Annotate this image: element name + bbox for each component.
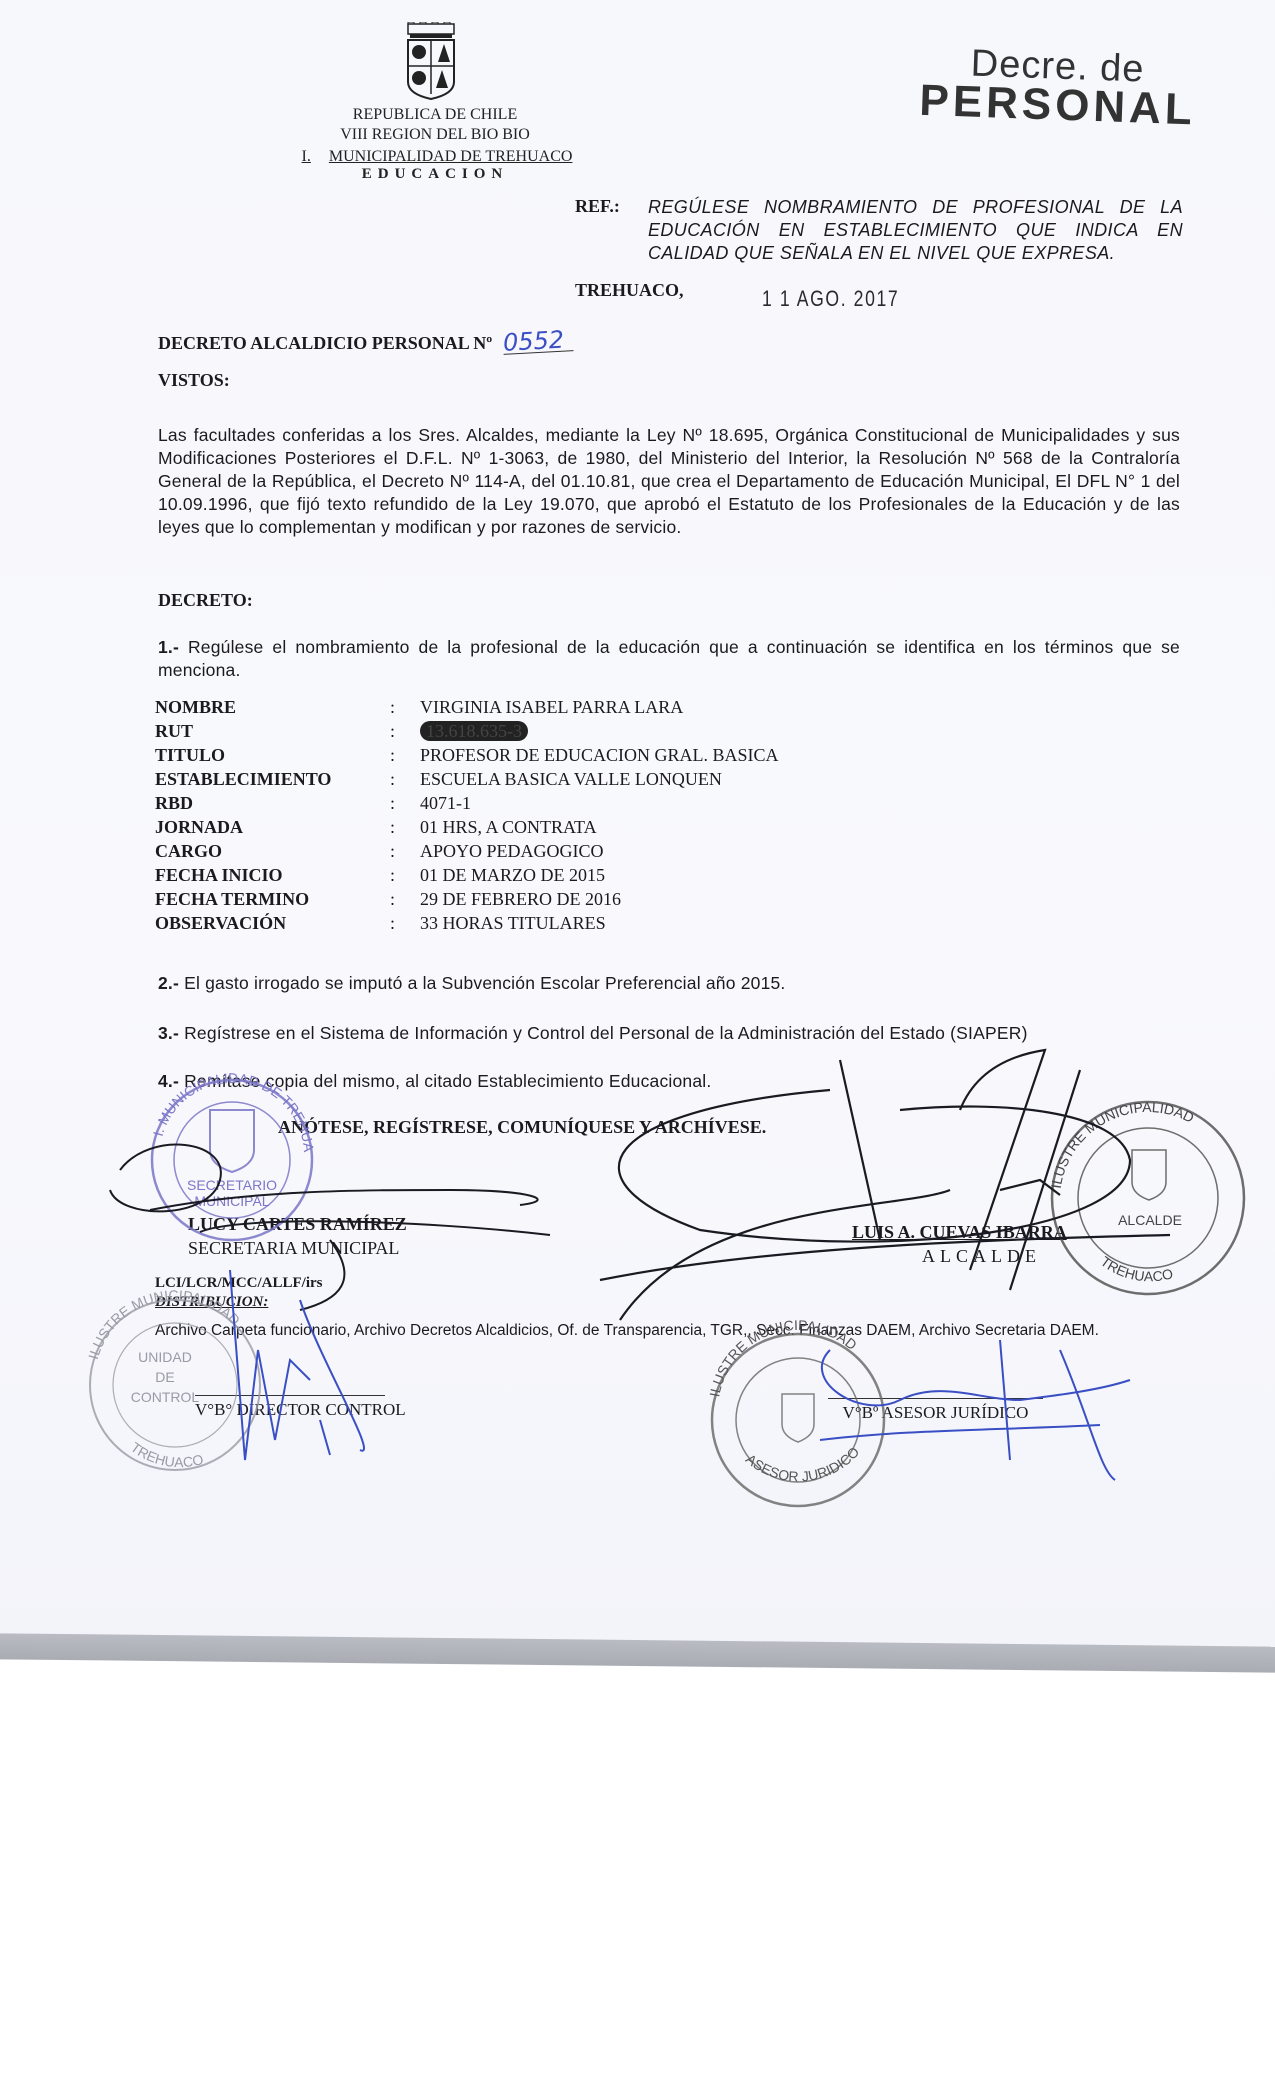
decreto-heading: DECRETO:	[158, 590, 253, 611]
decree-item-2: 2.- El gasto irrogado se imputó a la Sub…	[158, 972, 1180, 995]
approval-director-control: V°B° DIRECTOR CONTROL	[195, 1395, 385, 1420]
stamp-line-2: PERSONAL	[919, 76, 1221, 136]
secretary-name: LUCY CARTES RAMÍREZ	[188, 1214, 407, 1235]
header-municipality: I.MUNICIPALIDAD DE TREHUACO	[282, 148, 592, 166]
field-separator: :	[390, 817, 420, 838]
decree-item-number: 3.-	[158, 1023, 179, 1043]
author-initials: LCI/LCR/MCC/ALLF/irs	[155, 1275, 323, 1292]
decree-item-number: 1.-	[158, 637, 179, 657]
field-value: 29 DE FEBRERO DE 2016	[420, 889, 855, 910]
header-region: VIII REGION DEL BIO BIO	[300, 126, 570, 144]
decree-item-text: Regístrese en el Sistema de Información …	[184, 1023, 1028, 1043]
header-republic: REPUBLICA DE CHILE	[300, 106, 570, 124]
field-separator: :	[390, 913, 420, 934]
field-row-rut: RUT:13.618.635-3	[155, 719, 855, 743]
field-separator: :	[390, 841, 420, 862]
decree-item-text: Remítase copia del mismo, al citado Esta…	[184, 1071, 711, 1091]
mayor-name: LUIS A. CUEVAS IBARRA	[852, 1222, 1067, 1243]
closing-formula: ANÓTESE, REGÍSTRESE, COMUNÍQUESE Y ARCHÍ…	[278, 1117, 766, 1138]
field-separator: :	[390, 865, 420, 886]
field-row-jornada: JORNADA:01 HRS, A CONTRATA	[155, 815, 855, 839]
secretary-role: SECRETARIA MUNICIPAL	[188, 1238, 399, 1259]
field-label: FECHA TERMINO	[155, 889, 390, 910]
decree-type-stamp: Decre. de PERSONAL	[919, 41, 1222, 136]
field-row-establecimiento: ESTABLECIMIENTO:ESCUELA BASICA VALLE LON…	[155, 767, 855, 791]
field-label: FECHA INICIO	[155, 865, 390, 886]
mayor-role: ALCALDE	[922, 1246, 1041, 1267]
field-row-titulo: TITULO:PROFESOR DE EDUCACION GRAL. BASIC…	[155, 743, 855, 767]
field-separator: :	[390, 697, 420, 718]
field-value: 01 DE MARZO DE 2015	[420, 865, 855, 886]
field-value: PROFESOR DE EDUCACION GRAL. BASICA	[420, 745, 855, 766]
field-label: OBSERVACIÓN	[155, 913, 390, 934]
field-row-fecha-termino: FECHA TERMINO:29 DE FEBRERO DE 2016	[155, 887, 855, 911]
field-separator: :	[390, 793, 420, 814]
approval-asesor-juridico: V°Bº ASESOR JURÍDICO	[828, 1398, 1043, 1423]
decree-title: DECRETO ALCALDICIO PERSONAL Nº 0552	[158, 330, 573, 354]
field-row-fecha-inicio: FECHA INICIO:01 DE MARZO DE 2015	[155, 863, 855, 887]
field-separator: :	[390, 889, 420, 910]
distribution-heading: DISTRIBUCION:	[155, 1294, 268, 1311]
place-name: TREHUACO,	[575, 280, 684, 301]
field-value: 01 HRS, A CONTRATA	[420, 817, 855, 838]
reference-label: REF.:	[575, 196, 620, 217]
field-label: NOMBRE	[155, 697, 390, 718]
field-row-observacion: OBSERVACIÓN:33 HORAS TITULARES	[155, 911, 855, 935]
field-label: RUT	[155, 721, 390, 742]
decree-number-handwritten: 0552	[502, 328, 573, 355]
date-stamp: 1 1 AGO. 2017	[762, 286, 899, 312]
header-municipality-prefix: I.	[302, 148, 311, 165]
field-row-rbd: RBD:4071-1	[155, 791, 855, 815]
decree-item-number: 4.-	[158, 1071, 179, 1091]
decree-item-number: 2.-	[158, 973, 179, 993]
field-value: 33 HORAS TITULARES	[420, 913, 855, 934]
field-label: JORNADA	[155, 817, 390, 838]
vistos-paragraph: Las facultades conferidas a los Sres. Al…	[158, 424, 1180, 539]
reference-text: REGÚLESE NOMBRAMIENTO DE PROFESIONAL DE …	[648, 196, 1183, 265]
field-separator: :	[390, 769, 420, 790]
field-row-cargo: CARGO:APOYO PEDAGOGICO	[155, 839, 855, 863]
field-label: RBD	[155, 793, 390, 814]
decree-item-1: 1.- Regúlese el nombramiento de la profe…	[158, 636, 1180, 682]
field-value: VIRGINIA ISABEL PARRA LARA	[420, 697, 855, 718]
field-separator: :	[390, 745, 420, 766]
decree-item-4: 4.- Remítase copia del mismo, al citado …	[158, 1070, 1180, 1093]
municipal-coat-of-arms-icon	[402, 22, 460, 100]
decree-item-text: El gasto irrogado se imputó a la Subvenc…	[184, 973, 785, 993]
field-value: APOYO PEDAGOGICO	[420, 841, 855, 862]
decree-item-3: 3.- Regístrese en el Sistema de Informac…	[158, 1022, 1180, 1045]
vistos-heading: VISTOS:	[158, 370, 230, 391]
field-label: CARGO	[155, 841, 390, 862]
field-separator: :	[390, 721, 420, 742]
distribution-list: Archivo Carpeta funcionario, Archivo Dec…	[155, 1322, 1155, 1340]
field-row-nombre: NOMBRE:VIRGINIA ISABEL PARRA LARA	[155, 695, 855, 719]
field-label: ESTABLECIMIENTO	[155, 769, 390, 790]
header-municipality-name: MUNICIPALIDAD DE TREHUACO	[329, 148, 573, 165]
field-label: TITULO	[155, 745, 390, 766]
decree-item-text: Regúlese el nombramiento de la profesion…	[158, 637, 1180, 680]
appointment-details: NOMBRE:VIRGINIA ISABEL PARRA LARA RUT:13…	[155, 695, 855, 935]
decree-title-text: DECRETO ALCALDICIO PERSONAL Nº	[158, 333, 492, 353]
field-value: ESCUELA BASICA VALLE LONQUEN	[420, 769, 855, 790]
header-department: EDUCACION	[300, 166, 570, 183]
redacted-rut-value: 13.618.635-3	[420, 721, 528, 741]
field-value: 4071-1	[420, 793, 855, 814]
